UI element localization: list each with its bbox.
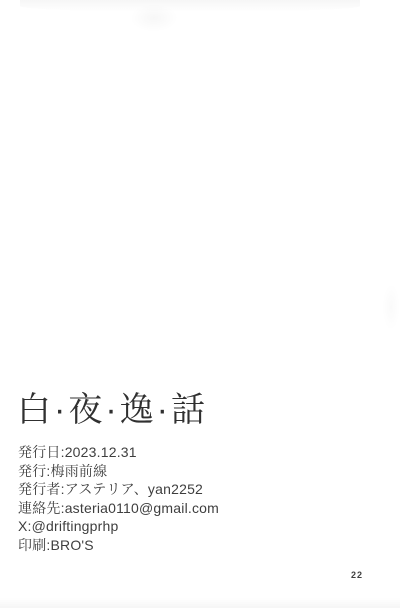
colophon-line-printer: 印刷:BRO'S: [18, 536, 219, 555]
scanned-colophon-page: 白·夜·逸·話 発行日:2023.12.31 発行:梅雨前線 発行者:アステリア…: [0, 0, 400, 608]
scan-artifact-top-blob: [130, 4, 178, 32]
scan-artifact-bottom: [0, 598, 400, 608]
book-title: 白·夜·逸·話: [17, 388, 208, 432]
scan-artifact-right: [382, 283, 400, 331]
colophon-line-publisher: 発行:梅雨前線: [18, 462, 219, 481]
colophon-block: 発行日:2023.12.31 発行:梅雨前線 発行者:アステリア、yan2252…: [18, 443, 219, 555]
colophon-line-publication-date: 発行日:2023.12.31: [18, 443, 219, 462]
colophon-line-authors: 発行者:アステリア、yan2252: [18, 480, 219, 499]
colophon-line-contact-email: 連絡先:asteria0110@gmail.com: [18, 499, 219, 518]
colophon-line-x-handle: X:@driftingprhp: [18, 517, 219, 536]
page-number: 22: [351, 570, 363, 580]
scan-artifact-top: [20, 0, 360, 12]
